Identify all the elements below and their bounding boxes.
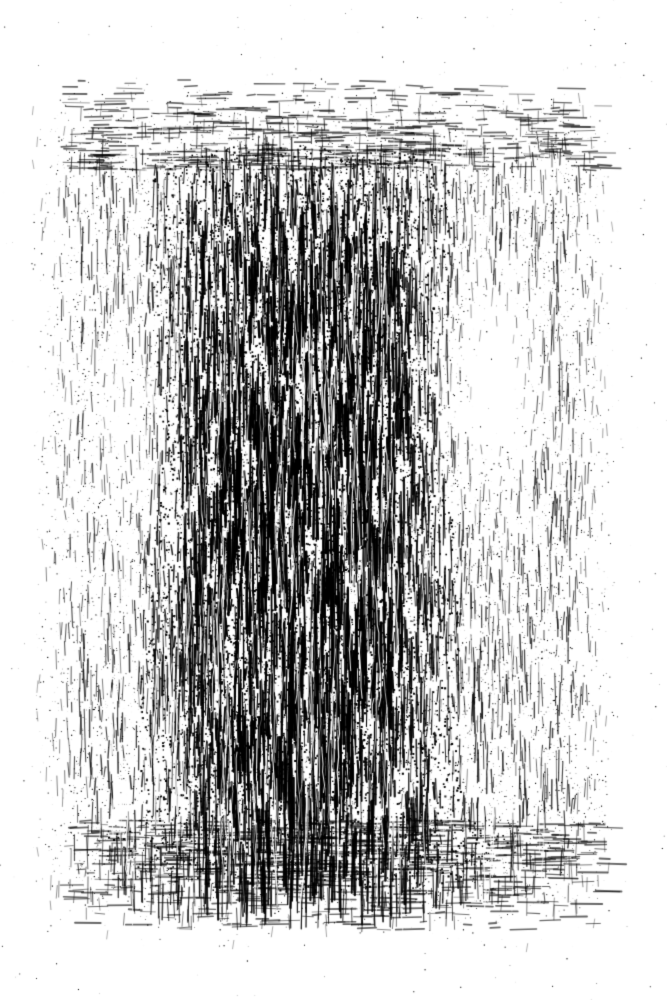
grunge-texture [0,0,667,1000]
